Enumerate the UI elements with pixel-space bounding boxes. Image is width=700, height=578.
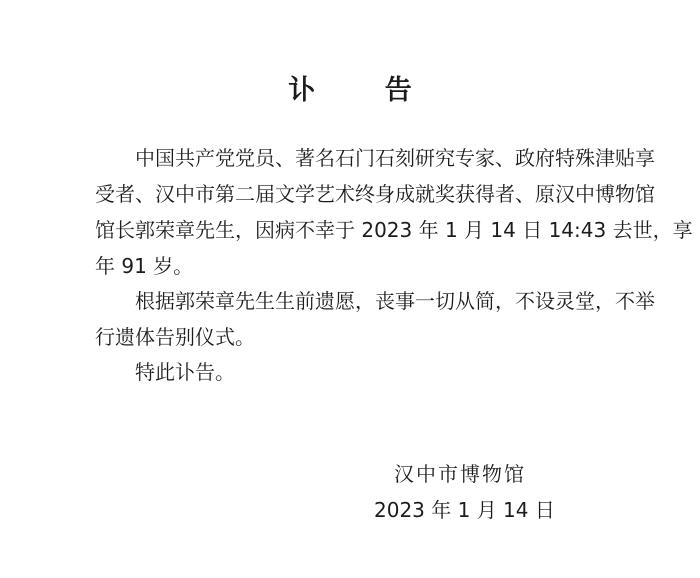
text-line: 行遗体告别仪式。 [95, 323, 621, 351]
text-line: 受者、汉中市第二届文学艺术终身成就奖获得者、原汉中博物馆 [95, 180, 621, 208]
text-line: 特此讣告。 [95, 358, 621, 386]
text-line: 年 91 岁。 [95, 252, 621, 280]
signature-date: 2023 年 1 月 14 日 [374, 496, 555, 524]
document-title: 讣 告 [0, 68, 700, 107]
text-line: 馆长郭荣章先生，因病不幸于 2023 年 1 月 14 日 14:43 去世，享 [95, 216, 621, 244]
text-line: 中国共产党党员、著名石门石刻研究专家、政府特殊津贴享 [95, 144, 621, 172]
signature-organization: 汉中市博物馆 [394, 460, 526, 488]
text-line: 根据郭荣章先生生前遗愿，丧事一切从简，不设灵堂，不举 [95, 287, 621, 315]
